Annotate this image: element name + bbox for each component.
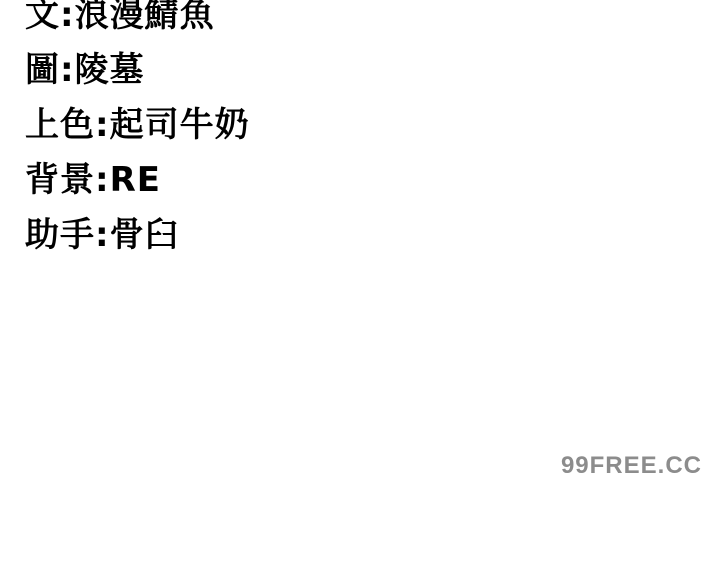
credits-block: 文:浪漫鯖魚 圖:陵墓 上色:起司牛奶 背景:RE 助手:骨臼 [25,0,250,263]
credit-line-assistant: 助手:骨臼 [25,208,250,263]
credit-line-writer: 文:浪漫鯖魚 [25,0,250,43]
credit-line-background: 背景:RE [25,153,250,208]
credit-line-artist: 圖:陵墓 [25,43,250,98]
site-watermark: 99FREE.CC [561,452,702,480]
comic-page: 文:浪漫鯖魚 圖:陵墓 上色:起司牛奶 背景:RE 助手:骨臼 99FREE.C… [0,0,720,562]
credit-line-colorist: 上色:起司牛奶 [25,98,250,153]
